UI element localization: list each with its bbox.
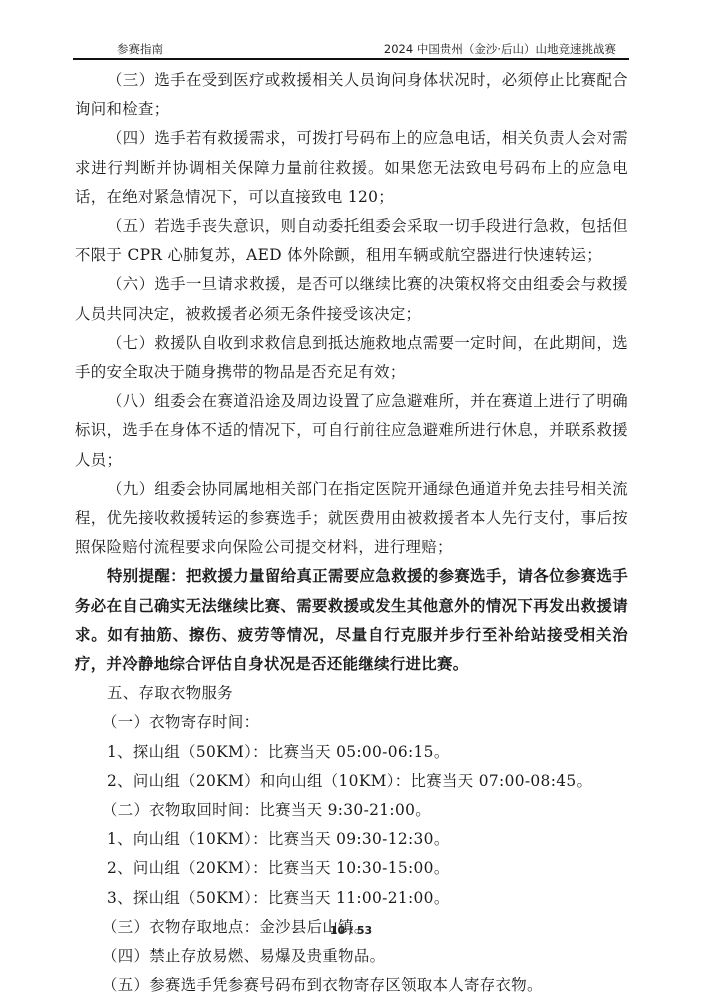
paragraph-item-3: （三）选手在受到医疗或救援相关人员询问身体状况时，必须停止比赛配合询问和检查； bbox=[75, 66, 628, 124]
header-rule bbox=[73, 58, 629, 60]
pickup-time-item: 3、探山组（50KM）：比赛当天 11:00-21:00。 bbox=[75, 884, 628, 913]
pickup-time-item: 1、向山组（10KM）：比赛当天 09:30-12:30。 bbox=[75, 825, 628, 854]
deposit-time-item: 2、问山组（20KM）和向山组（10KM）：比赛当天 07:00-08:45。 bbox=[75, 767, 628, 796]
pickup-time-heading: （二）衣物取回时间：比赛当天 9:30-21:00。 bbox=[75, 796, 628, 825]
paragraph-item-4: （四）选手若有救援需求，可拨打号码布上的应急电话，相关负责人会对需求进行判断并协… bbox=[75, 124, 628, 212]
deposit-time-heading: （一）衣物寄存时间： bbox=[75, 708, 628, 737]
document-body: （三）选手在受到医疗或救援相关人员询问身体状况时，必须停止比赛配合询问和检查； … bbox=[75, 66, 628, 993]
section-heading-clothing-service: 五、存取衣物服务 bbox=[75, 679, 628, 708]
pickup-time-item: 2、问山组（20KM）：比赛当天 10:30-15:00。 bbox=[75, 854, 628, 883]
paragraph-item-8: （八）组委会在赛道沿途及周边设置了应急避难所，并在赛道上进行了明确标识，选手在身… bbox=[75, 387, 628, 475]
claim-instructions: （五）参赛选手凭参赛号码布到衣物寄存区领取本人寄存衣物。 bbox=[75, 971, 628, 993]
paragraph-item-5: （五）若选手丧失意识，则自动委托组委会采取一切手段进行急救，包括但不限于 CPR… bbox=[75, 212, 628, 270]
page-header: 参赛指南 2024 中国贵州（金沙·后山）山地竞速挑战赛 bbox=[73, 41, 628, 59]
special-reminder: 特别提醒：把救援力量留给真正需要应急救援的参赛选手，请各位参赛选手务必在自己确实… bbox=[75, 562, 628, 679]
deposit-time-item: 1、探山组（50KM）：比赛当天 05:00-06:15。 bbox=[75, 738, 628, 767]
paragraph-item-6: （六）选手一旦请求救援，是否可以继续比赛的决策权将交由组委会与救援人员共同决定，… bbox=[75, 270, 628, 328]
header-doc-title: 参赛指南 bbox=[117, 41, 163, 57]
page-number: 10 / 53 bbox=[0, 924, 702, 937]
paragraph-item-9: （九）组委会协同属地相关部门在指定医院开通绿色通道并免去挂号相关流程，优先接收救… bbox=[75, 475, 628, 563]
prohibited-items-note: （四）禁止存放易燃、易爆及贵重物品。 bbox=[75, 942, 628, 971]
paragraph-item-7: （七）救援队自收到求救信息到抵达施救地点需要一定时间，在此期间，选手的安全取决于… bbox=[75, 329, 628, 387]
header-event-title: 2024 中国贵州（金沙·后山）山地竞速挑战赛 bbox=[384, 41, 616, 57]
